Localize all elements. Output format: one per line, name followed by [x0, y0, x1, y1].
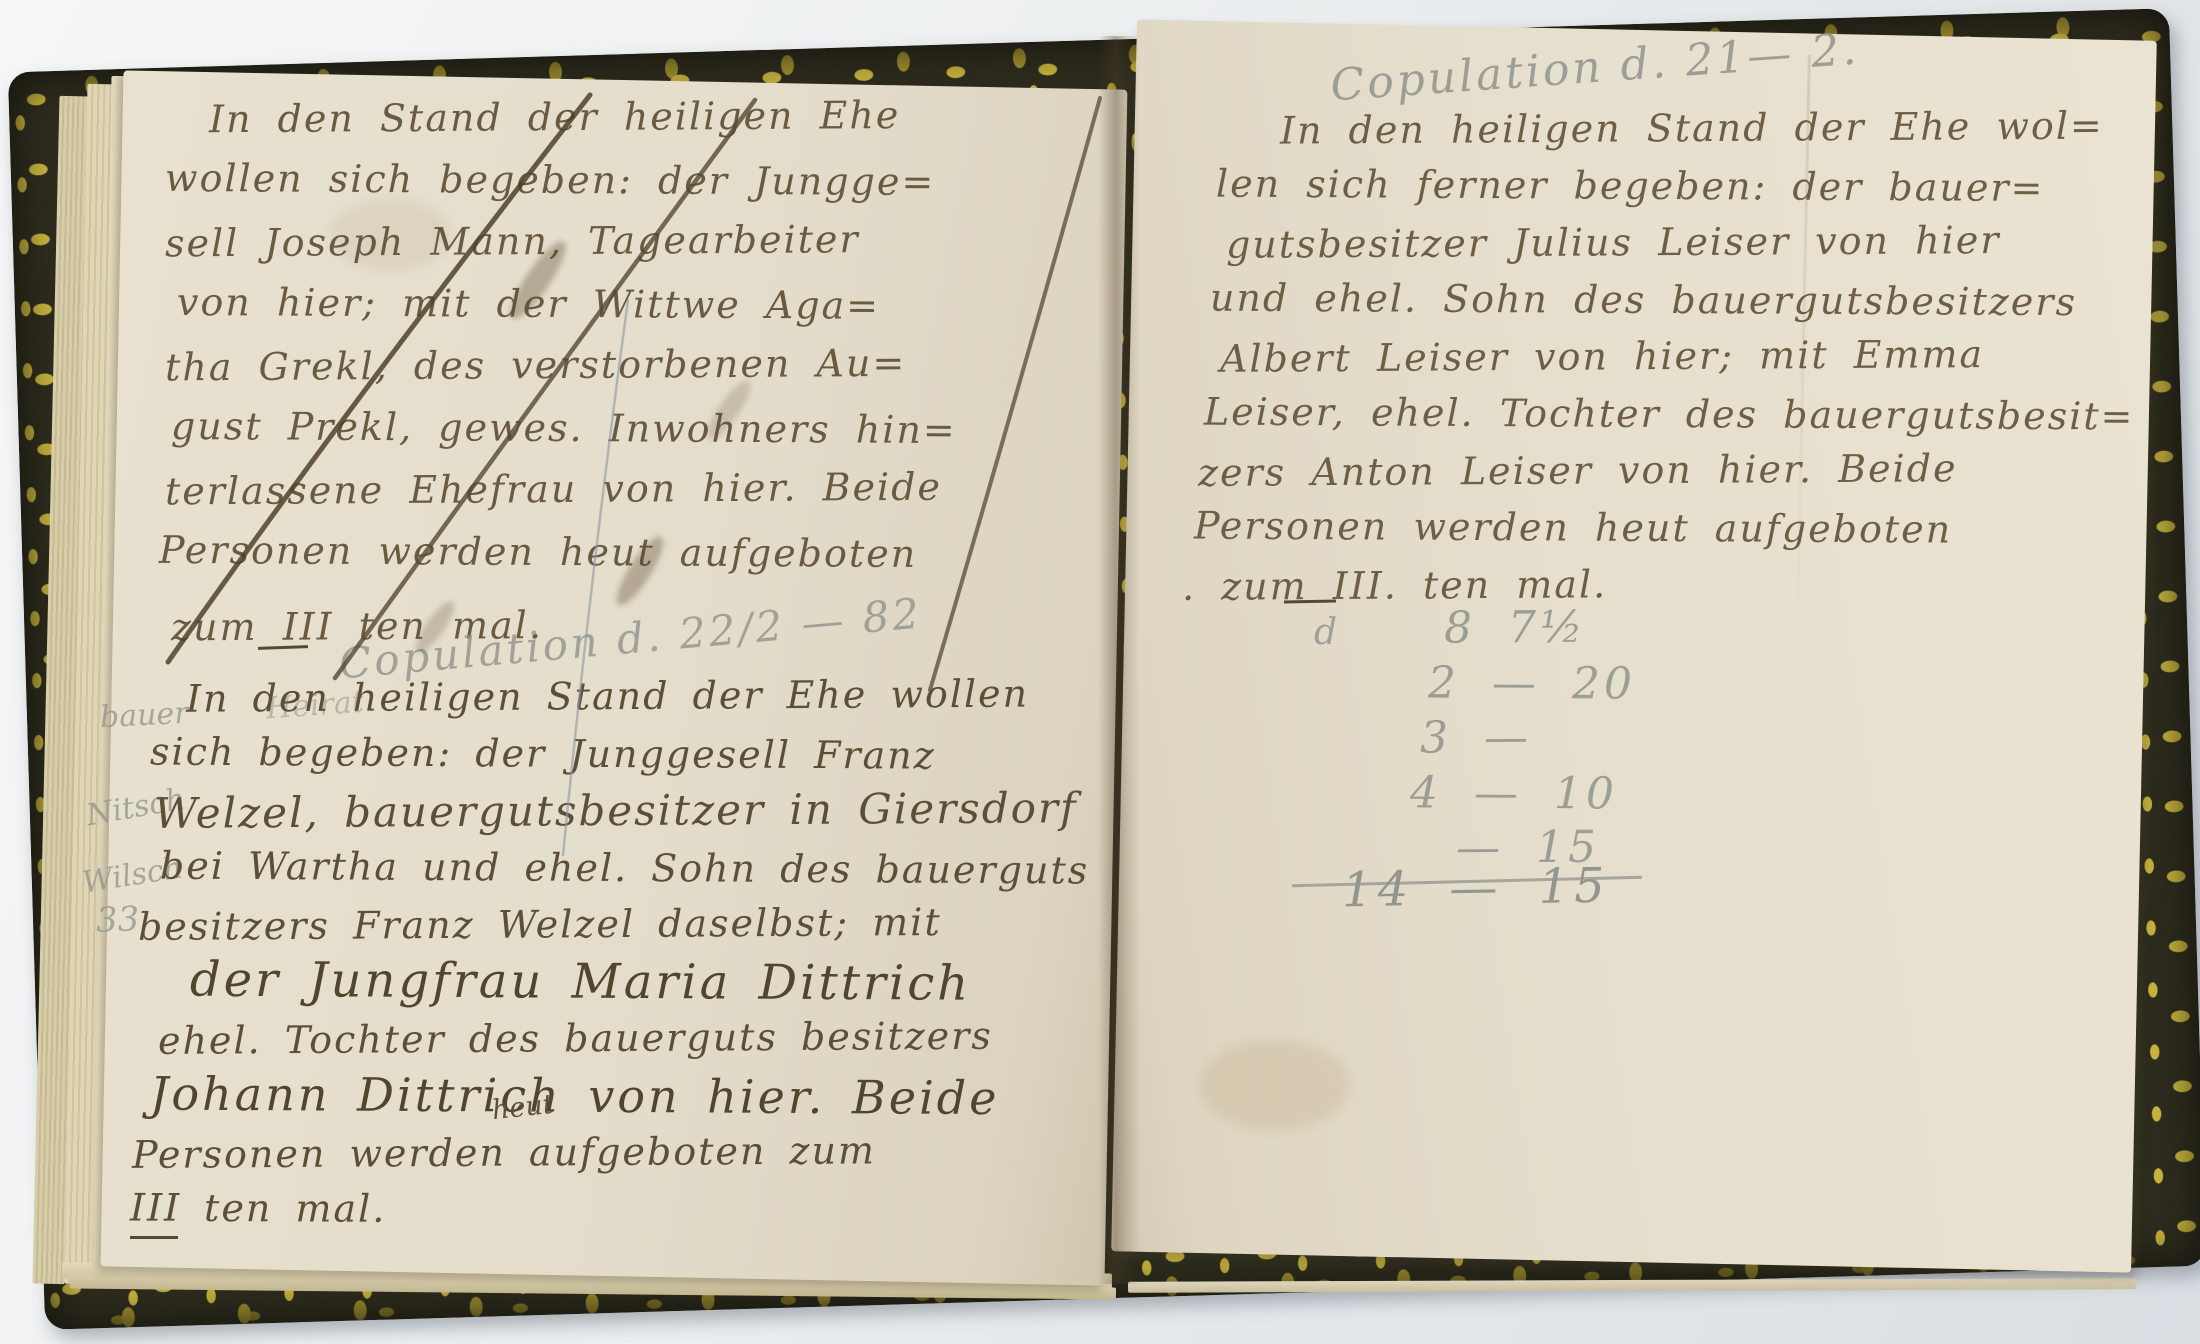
cross-out-strokes — [0, 0, 2200, 1344]
scanned-register-spread: In den Stand der heiligen Ehe wollen sic… — [0, 0, 2200, 1344]
